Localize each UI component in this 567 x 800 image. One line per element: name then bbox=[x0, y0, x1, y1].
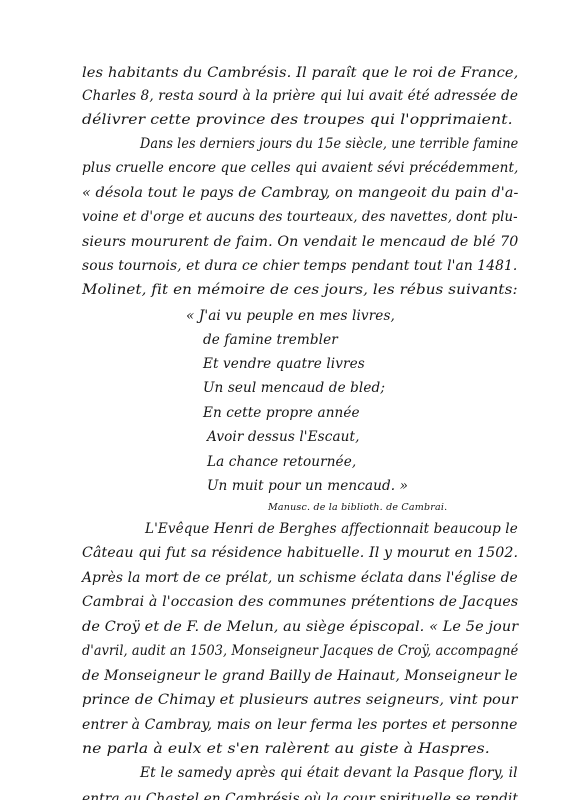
text-line: entrer à Cambray, mais on leur ferma les… bbox=[82, 716, 517, 734]
poem-line: La chance retournée, bbox=[207, 453, 356, 471]
poem-line: « J'ai vu peuple en mes livres, bbox=[186, 307, 395, 325]
text-line: de Croÿ et de F. de Melun, au siège épis… bbox=[82, 618, 518, 636]
text-line: les habitants du Cambrésis. Il paraît qu… bbox=[82, 64, 518, 82]
text-line: Cambrai à l'occasion des communes préten… bbox=[82, 593, 518, 611]
text-line: prince de Chimay et plusieurs autres sei… bbox=[82, 691, 518, 709]
poem-line: de famine trembler bbox=[203, 331, 338, 349]
text-line: voine et d'orge et aucuns des tourteaux,… bbox=[82, 208, 518, 226]
text-line: Dans les derniers jours du 15e siècle, u… bbox=[140, 135, 518, 153]
text-line: ne parla à eulx et s'en ralèrent au gist… bbox=[82, 740, 490, 758]
text-line: Câteau qui fut sa résidence habituelle. … bbox=[82, 544, 518, 562]
text-line: Charles 8, resta sourd à la prière qui l… bbox=[82, 87, 518, 105]
text-line: L'Evêque Henri de Berghes affectionnait … bbox=[145, 520, 518, 538]
text-line: de Monseigneur le grand Bailly de Hainau… bbox=[82, 667, 518, 685]
poem-line: Avoir dessus l'Escaut, bbox=[207, 428, 360, 446]
text-line: Et le samedy après qui était devant la P… bbox=[140, 764, 518, 782]
text-line: Molinet, fit en mémoire de ces jours, le… bbox=[82, 281, 518, 299]
text-line: « désola tout le pays de Cambray, on man… bbox=[82, 184, 518, 202]
text-line: entra au Chastel en Cambrésis où la cour… bbox=[82, 790, 518, 800]
poem-line: Un muit pour un mencaud. » bbox=[207, 477, 408, 495]
text-line: sieurs moururent de faim. On vendait le … bbox=[82, 233, 518, 251]
manuscript-page: les habitants du Cambrésis. Il paraît qu… bbox=[0, 0, 567, 800]
poem-line: Et vendre quatre livres bbox=[203, 355, 365, 373]
text-line: d'avril, audit an 1503, Monseigneur Jacq… bbox=[82, 642, 518, 660]
poem-line: Un seul mencaud de bled; bbox=[203, 379, 385, 397]
text-line: sous tournois, et dura ce chier temps pe… bbox=[82, 257, 517, 275]
text-line: délivrer cette province des troupes qui … bbox=[82, 111, 513, 129]
text-line: Après la mort de ce prélat, un schisme é… bbox=[82, 569, 518, 587]
text-line: plus cruelle encore que celles qui avaie… bbox=[82, 159, 518, 177]
source-citation: Manusc. de la biblioth. de Cambrai. bbox=[268, 499, 447, 517]
poem-line: En cette propre année bbox=[203, 404, 360, 422]
